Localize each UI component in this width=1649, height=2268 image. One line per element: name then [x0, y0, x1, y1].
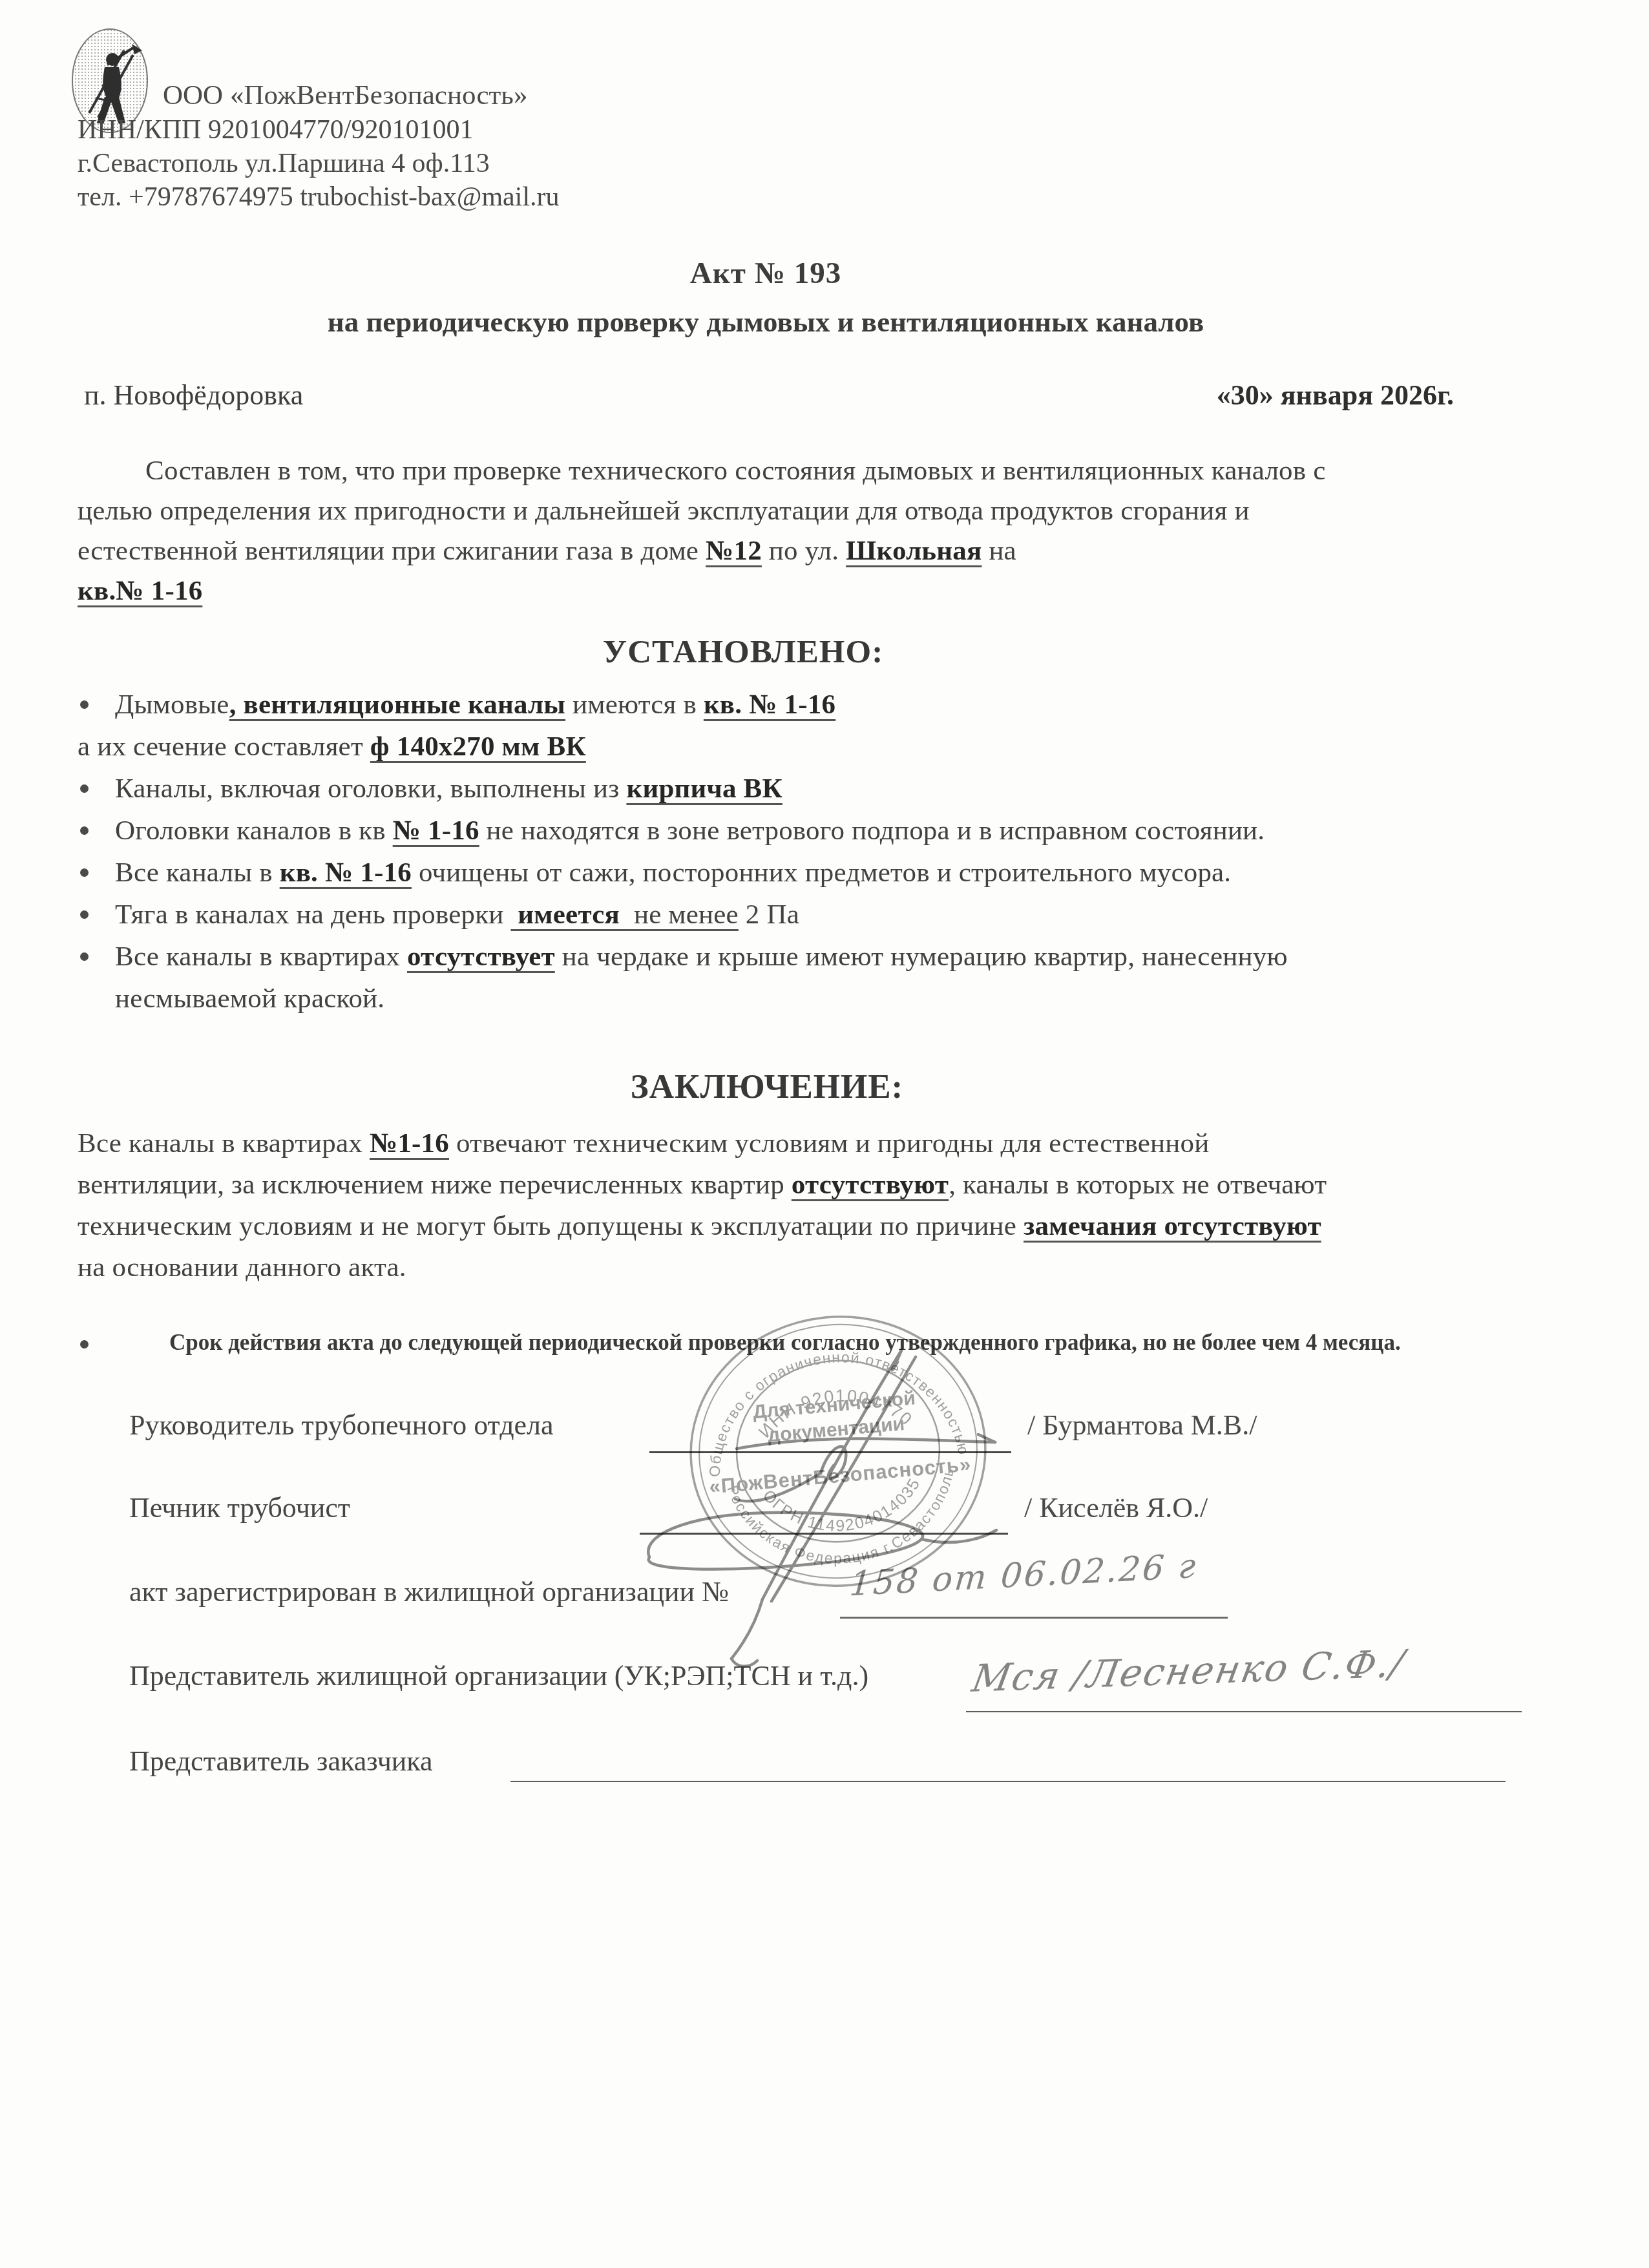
signature-role-sweep: Печник трубочист [129, 1491, 350, 1524]
signature-name-head: / Бурмантова М.В./ [1027, 1409, 1257, 1442]
intro-paragraph: Составлен в том, что при проверке технич… [78, 451, 1609, 611]
document-page: ООО «ПожВентБезопасность» ИНН/КПП 920100… [0, 0, 1649, 2268]
finding-channels-present: Дымовые, вентиляционные каналы имеются в… [78, 684, 1615, 726]
finding-material: Каналы, включая оголовки, выполнены из к… [78, 768, 1615, 810]
finding-draft: Тяга в каналах на день проверки имеется … [78, 894, 1615, 936]
finding-heads-condition: Оголовки каналов в кв № 1-16 не находятс… [78, 810, 1615, 852]
housing-rep-line [966, 1711, 1522, 1712]
conclusion-paragraph: Все каналы в квартирах №1-16 отвечают те… [78, 1123, 1609, 1288]
company-name: ООО «ПожВентБезопасность» [163, 79, 527, 112]
act-title: Акт № 193 [0, 256, 1531, 291]
handwritten-housing-signature: Мся /Лесненко С.Ф./ [969, 1641, 1409, 1701]
finding-numbering: Все каналы в квартирах отсутствует на че… [78, 936, 1615, 1020]
official-stamp: Общество с ограниченной ответственностью… [680, 1309, 996, 1606]
company-address: г.Севастополь ул.Паршина 4 оф.113 [78, 147, 490, 180]
finding-cross-section: а их сечение составляет ф 140х270 мм ВК [78, 726, 1615, 768]
company-contact: тел. +79787674975 trubochist-bax@mail.ru [78, 181, 560, 213]
housing-rep-label: Представитель жилищной организации (УК;Р… [129, 1659, 868, 1692]
act-date: «30» января 2026г. [1217, 379, 1454, 412]
registration-line [840, 1617, 1228, 1619]
finding-cleanliness: Все каналы в кв. № 1-16 очищены от сажи,… [78, 852, 1615, 894]
act-subtitle: на периодическую проверку дымовых и вент… [0, 305, 1531, 339]
customer-rep-label: Представитель заказчика [129, 1745, 433, 1778]
place-name: п. Новофёдоровка [84, 379, 303, 412]
section-heading-established: УСТАНОВЛЕНО: [0, 633, 1486, 671]
meta-row: п. Новофёдоровка «30» января 2026г. [84, 379, 1454, 412]
signature-name-sweep: / Киселёв Я.О./ [1024, 1491, 1208, 1524]
company-inn-kpp: ИНН/КПП 9201004770/920101001 [78, 114, 474, 146]
registration-label: акт зарегистрирован в жилищной организац… [129, 1575, 729, 1608]
stamp-company-name: «ПожВентБезопасность» [708, 1453, 972, 1498]
section-heading-conclusion: ЗАКЛЮЧЕНИЕ: [0, 1067, 1534, 1106]
signature-role-head: Руководитель трубопечного отдела [129, 1409, 554, 1442]
findings-list: Дымовые, вентиляционные каналы имеются в… [78, 684, 1615, 1020]
customer-rep-line [510, 1781, 1506, 1782]
